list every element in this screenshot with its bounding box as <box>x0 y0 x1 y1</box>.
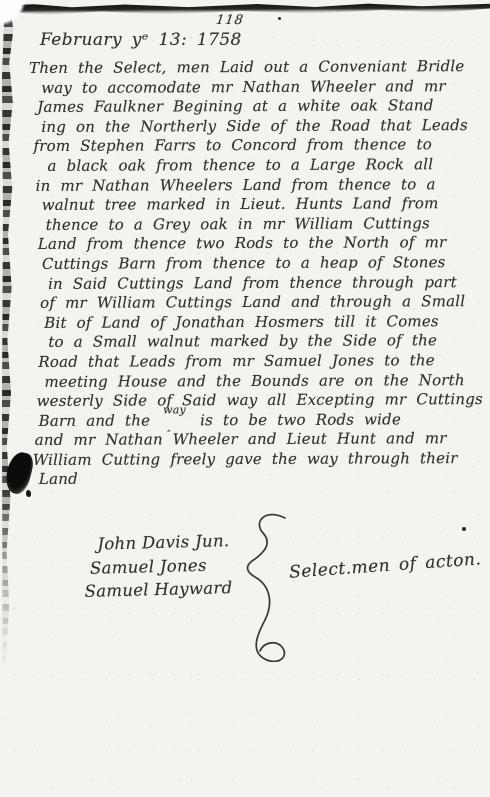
body-line: of mr William Cuttings Land and through … <box>40 292 482 314</box>
signature-brace-icon <box>233 512 297 662</box>
page-number: 118 <box>215 13 245 28</box>
body-line: Then the Select, men Laid out a Convenia… <box>29 57 481 79</box>
body-line: Cuttings Barn from thence to a heap of S… <box>42 253 482 275</box>
body-line: thence to a Grey oak in mr William Cutti… <box>46 214 482 235</box>
body-line: Road that Leads from mr Samuel Jones to … <box>38 351 482 373</box>
body-line: in mr Nathan Wheelers Land from thence t… <box>36 175 482 197</box>
insertion-before: Barn and the <box>39 411 151 429</box>
body-line: ing on the Northerly Side of the Road th… <box>41 116 481 138</box>
manuscript-scan: 118 February yᵉ 13: 1758 Then the Select… <box>0 0 490 797</box>
insertion-wrap: way ‸ <box>160 424 190 425</box>
body-line: Land <box>39 468 483 490</box>
body-line: way to accomodate mr Nathan Wheeler and … <box>41 77 481 99</box>
date-line: February yᵉ 13: 1758 <box>40 30 242 50</box>
body-line: walnut tree marked in Lieut. Hunts Land … <box>42 194 482 216</box>
body-line: William Cutting freely gave the way thro… <box>33 449 483 471</box>
page-corner <box>0 0 26 26</box>
body-line: to a Small walnut marked by the Side of … <box>48 331 482 352</box>
body-line: a black oak from thence to a Large Rock … <box>47 155 481 176</box>
insertion-after: is to be two Rods wide <box>200 410 401 429</box>
body-line: in Said Cuttings Land from thence throug… <box>48 273 482 294</box>
ink-speck <box>278 17 281 20</box>
body-line: and mr Nathan Wheeler and Lieut Hunt and… <box>35 429 483 451</box>
signature-name: Samuel Hayward <box>84 576 232 603</box>
body-line: Bit of Land of Jonathan Hosmers till it … <box>44 312 482 334</box>
signature-name: John Davis Jun. <box>97 529 231 556</box>
ink-speck <box>462 527 466 531</box>
ink-blot-speck <box>26 490 31 497</box>
signature-block: John Davis Jun. Samuel Jones Samuel Hayw… <box>83 529 233 603</box>
body-line: from Stephen Farrs to Concord from thenc… <box>33 135 481 157</box>
insertion-caret-icon: ‸ <box>167 417 171 437</box>
record-body: Then the Select, men Laid out a Convenia… <box>9 57 483 490</box>
body-line: James Faulkner Begining at a white oak S… <box>37 96 481 118</box>
body-line-with-insertion: Barn and the way ‸ is to be two Rods wid… <box>39 410 483 432</box>
body-line: Land from thence two Rods to the North o… <box>38 233 482 255</box>
body-line: meeting House and the Bounds are on the … <box>44 370 482 392</box>
body-line: westerly Side of Said way all Excepting … <box>37 390 483 412</box>
